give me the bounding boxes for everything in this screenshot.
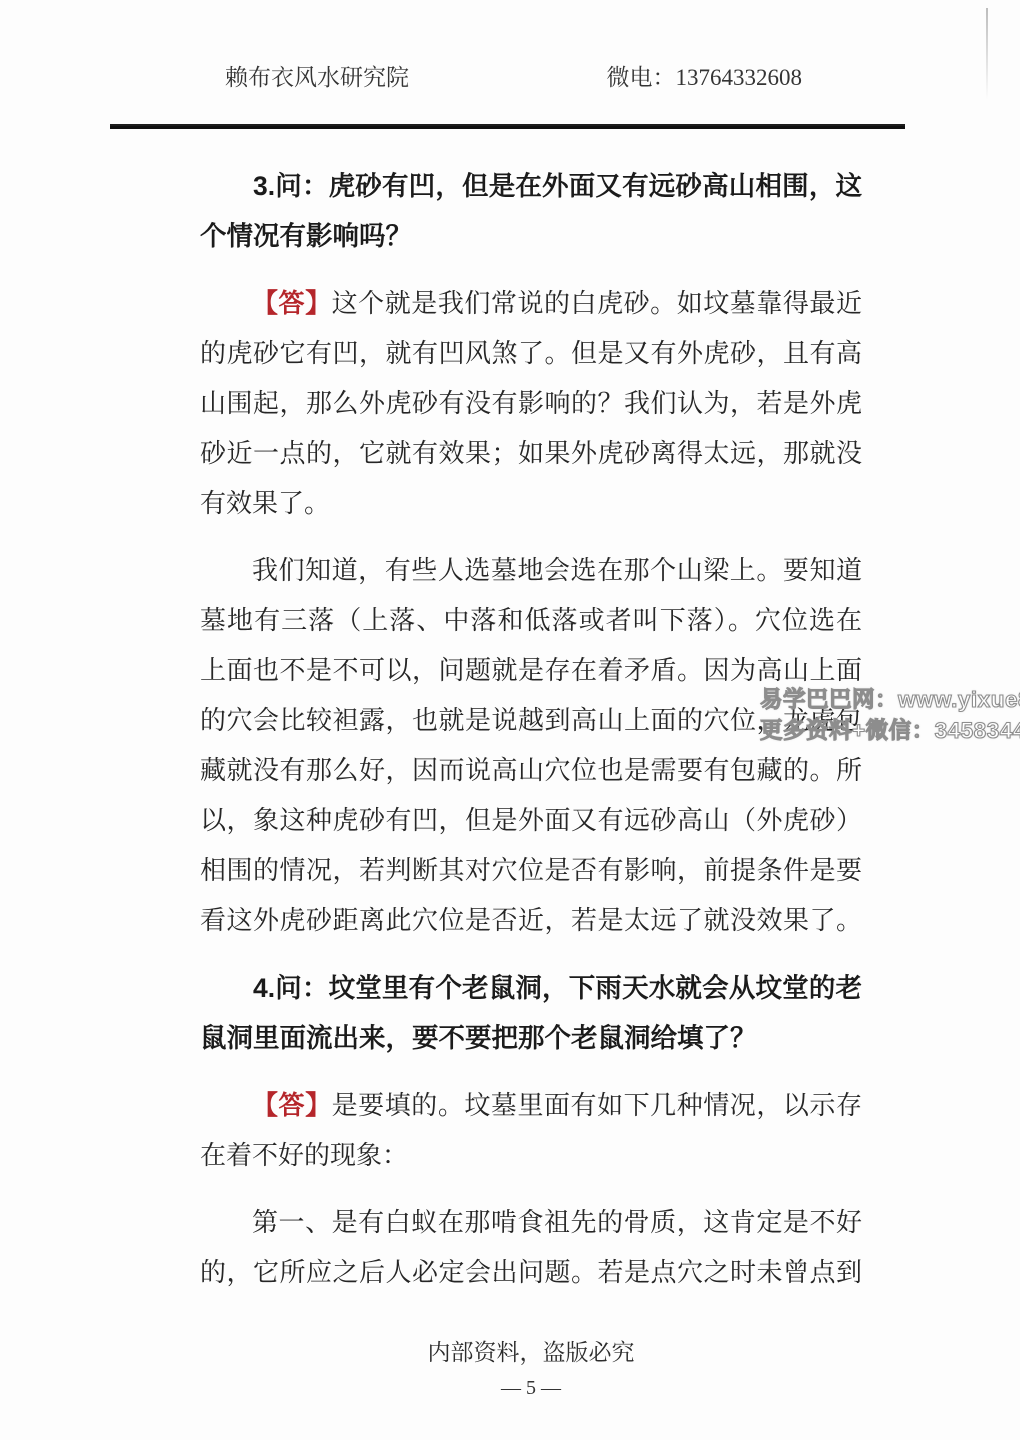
question-4-heading: 4.问：坟堂里有个老鼠洞，下雨天水就会从坟堂的老 鼠洞里面流出来，要不要把那个老…: [200, 963, 862, 1063]
question-3-heading: 3.问：虎砂有凹，但是在外面又有远砂高山相围，这 个情况有影响吗？: [200, 161, 862, 261]
scan-artifact-line: [986, 8, 988, 100]
text-line: 山围起，那么外虎砂有没有影响的？我们认为，若是外虎: [200, 379, 862, 429]
page-footer: 内部资料，盗版必究 — 5 —: [200, 1338, 862, 1401]
answer-tag: 【答】: [252, 288, 332, 318]
text-line: 3.问：虎砂有凹，但是在外面又有远砂高山相围，这: [200, 161, 862, 211]
text-line: 4.问：坟堂里有个老鼠洞，下雨天水就会从坟堂的老: [200, 963, 862, 1013]
header-contact: 微电：13764332608: [607, 62, 803, 94]
text-line: 的穴会比较袒露，也就是说越到高山上面的穴位，龙虎包: [200, 696, 862, 746]
document-body: 3.问：虎砂有凹，但是在外面又有远砂高山相围，这 个情况有影响吗？ 【答】这个就…: [200, 161, 862, 1298]
text-line: 有效果了。: [200, 479, 862, 529]
text-line: 在着不好的现象：: [200, 1131, 862, 1181]
footer-notice: 内部资料，盗版必究: [200, 1338, 862, 1368]
page-number: — 5 —: [200, 1375, 862, 1401]
document-page: 赖布衣风水研究院 微电：13764332608 3.问：虎砂有凹，但是在外面又有…: [0, 0, 1020, 1440]
text-line: 的，它所应之后人必定会出问题。若是点穴之时未曾点到: [200, 1248, 862, 1298]
text-line: 上面也不是不可以，问题就是存在着矛盾。因为高山上面: [200, 646, 862, 696]
text-line: 砂近一点的，它就有效果；如果外虎砂离得太远，那就没: [200, 429, 862, 479]
text-line: 以，象这种虎砂有凹，但是外面又有远砂高山（外虎砂）: [200, 796, 862, 846]
text-line: 个情况有影响吗？: [200, 211, 862, 261]
text-line: 看这外虎砂距离此穴位是否近，若是太远了就没效果了。: [200, 896, 862, 946]
header-divider-rule: [110, 124, 905, 129]
body-paragraph: 我们知道，有些人选墓地会选在那个山梁上。要知道 墓地有三落（上落、中落和低落或者…: [200, 546, 862, 946]
header-organization: 赖布衣风水研究院: [225, 62, 409, 94]
text-line: 的虎砂它有凹，就有凹风煞了。但是又有外虎砂，且有高: [200, 329, 862, 379]
text-line: 【答】这个就是我们常说的白虎砂。如坟墓靠得最近: [200, 278, 862, 329]
answer-3-paragraph: 【答】这个就是我们常说的白虎砂。如坟墓靠得最近 的虎砂它有凹，就有凹风煞了。但是…: [200, 278, 862, 529]
text-line: 我们知道，有些人选墓地会选在那个山梁上。要知道: [200, 546, 862, 596]
text-line: 相围的情况，若判断其对穴位是否有影响，前提条件是要: [200, 846, 862, 896]
answer-tag: 【答】: [252, 1090, 332, 1120]
text-line: 第一、是有白蚁在那啃食祖先的骨质，这肯定是不好: [200, 1198, 862, 1248]
text-line: 藏就没有那么好，因而说高山穴位也是需要有包藏的。所: [200, 746, 862, 796]
answer-4-paragraph: 【答】是要填的。坟墓里面有如下几种情况，以示存 在着不好的现象：: [200, 1080, 862, 1181]
text-run: 这个就是我们常说的白虎砂。如坟墓靠得最近: [332, 289, 862, 318]
page-header: 赖布衣风水研究院 微电：13764332608: [225, 0, 802, 94]
text-run: 是要填的。坟墓里面有如下几种情况，以示存: [332, 1091, 862, 1120]
body-paragraph: 第一、是有白蚁在那啃食祖先的骨质，这肯定是不好 的，它所应之后人必定会出问题。若…: [200, 1198, 862, 1298]
text-line: 【答】是要填的。坟墓里面有如下几种情况，以示存: [200, 1080, 862, 1131]
text-line: 墓地有三落（上落、中落和低落或者叫下落）。穴位选在: [200, 596, 862, 646]
text-line: 鼠洞里面流出来，要不要把那个老鼠洞给填了？: [200, 1013, 862, 1063]
